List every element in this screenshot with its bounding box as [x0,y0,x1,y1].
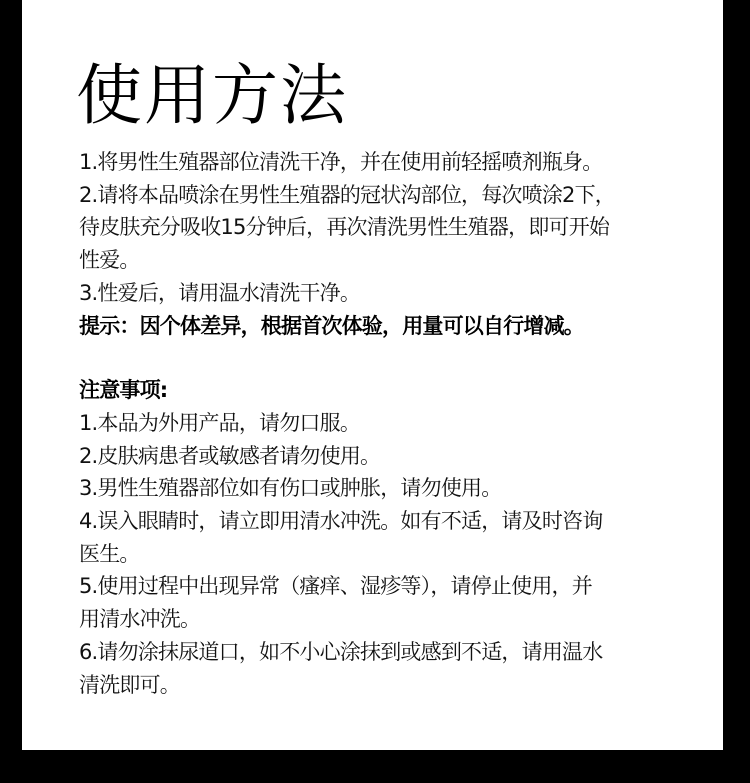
precaution-line: 医生。 [79,538,699,571]
precaution-line: 3.男性生殖器部位如有伤口或肿胀，请勿使用。 [79,472,699,505]
precaution-line: 清洗即可。 [79,669,699,702]
usage-section: 1.将男性生殖器部位清洗干净，并在使用前轻摇喷剂瓶身。 2.请将本品喷涂在男性生… [79,146,699,342]
precaution-line: 4.误入眼睛时，请立即用清水冲洗。如有不适，请及时咨询 [79,505,699,538]
document-page: 使用方法 1.将男性生殖器部位清洗干净，并在使用前轻摇喷剂瓶身。 2.请将本品喷… [22,0,723,750]
document-body: 1.将男性生殖器部位清洗干净，并在使用前轻摇喷剂瓶身。 2.请将本品喷涂在男性生… [79,146,699,701]
precaution-line: 5.使用过程中出现异常（瘙痒、湿疹等），请停止使用，并 [79,570,699,603]
precaution-line: 1.本品为外用产品，请勿口服。 [79,407,699,440]
precaution-line: 2.皮肤病患者或敏感者请勿使用。 [79,440,699,473]
usage-line: 3.性爱后，请用温水清洗干净。 [79,277,699,310]
usage-line: 2.请将本品喷涂在男性生殖器的冠状沟部位，每次喷涂2下， [79,179,699,212]
usage-line: 1.将男性生殖器部位清洗干净，并在使用前轻摇喷剂瓶身。 [79,146,699,179]
usage-line: 性爱。 [79,244,699,277]
usage-line: 待皮肤充分吸收15分钟后，再次清洗男性生殖器，即可开始 [79,211,699,244]
precaution-line: 6.请勿涂抹尿道口，如不小心涂抹到或感到不适，请用温水 [79,636,699,669]
precaution-line: 用清水冲洗。 [79,603,699,636]
usage-tip: 提示：因个体差异，根据首次体验，用量可以自行增减。 [79,310,699,343]
precautions-section: 注意事项: 1.本品为外用产品，请勿口服。 2.皮肤病患者或敏感者请勿使用。 3… [79,374,699,701]
section-spacer [79,342,699,374]
precautions-heading: 注意事项: [79,374,699,407]
page-title: 使用方法 [76,58,348,134]
